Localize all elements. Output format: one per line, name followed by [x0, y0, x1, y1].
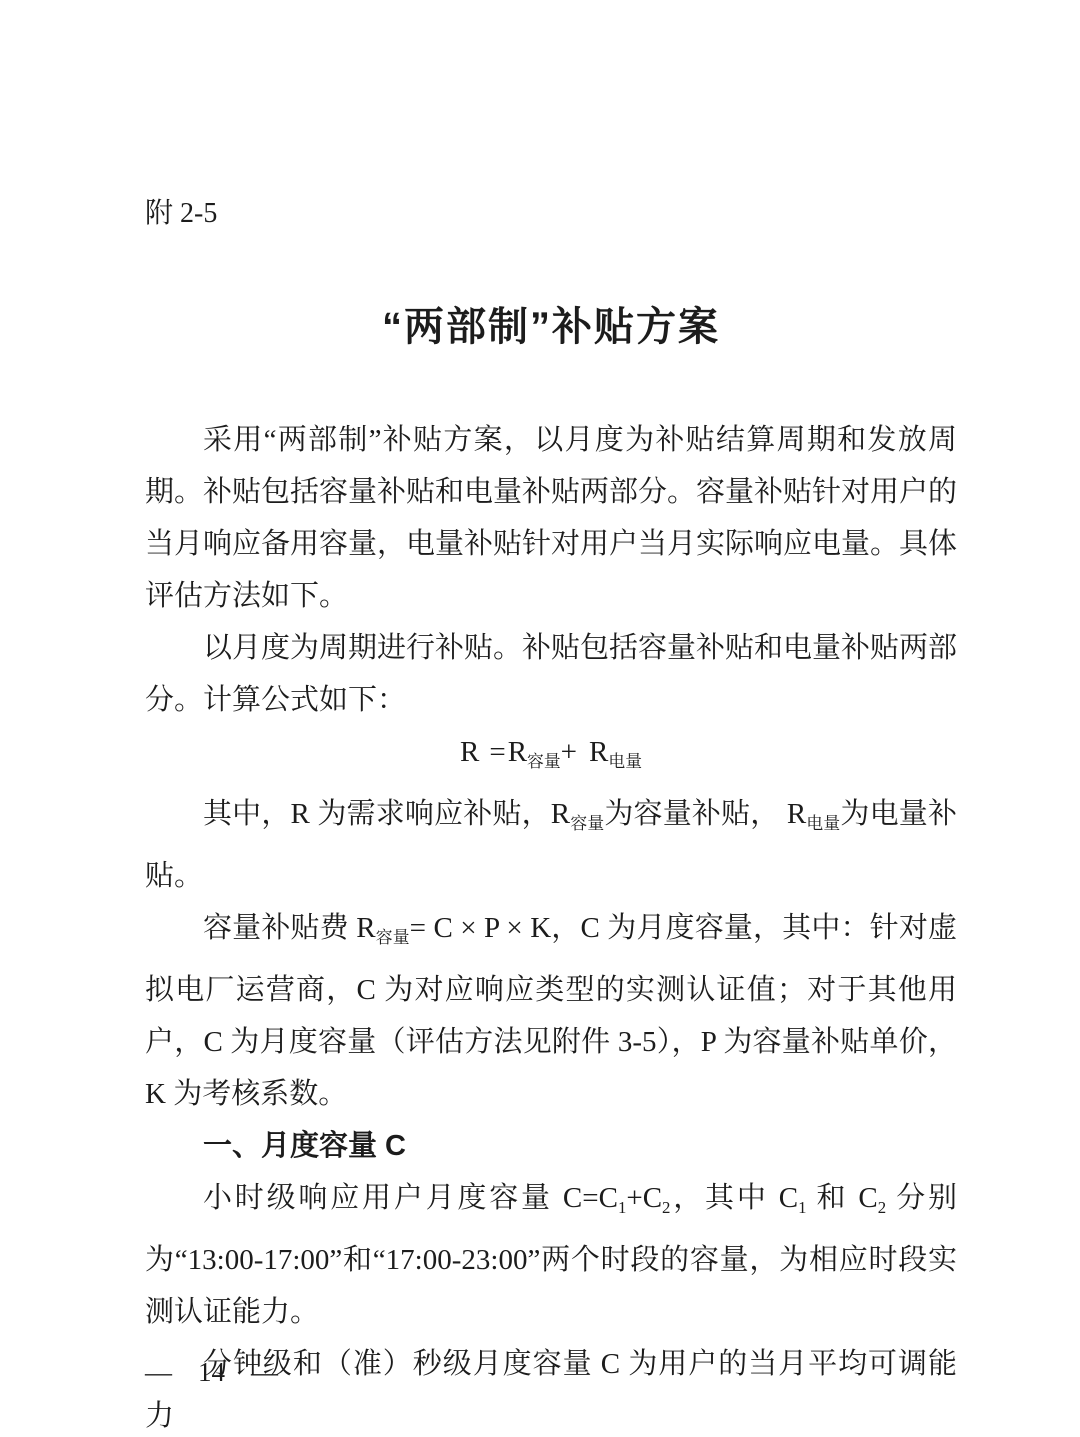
- text-segment: +C: [626, 1182, 662, 1214]
- paragraph-capacity-fee: 容量补贴费 R容量= C × P × K，C 为月度容量，其中：针对虚拟电厂运营…: [145, 902, 957, 1120]
- attachment-label: 附 2-5: [145, 194, 217, 234]
- formula-term1: R: [508, 736, 527, 768]
- paragraph-intro: 采用“两部制”补贴方案，以月度为补贴结算周期和发放周期。补贴包括容量补贴和电量补…: [145, 414, 957, 622]
- subscript-segment: 电量: [806, 814, 840, 833]
- text-segment: 容量补贴费 R: [203, 912, 376, 944]
- subscript-segment: 容量: [570, 814, 604, 833]
- section-heading-monthly-capacity: 一、月度容量 C: [145, 1120, 957, 1172]
- formula-lhs: R: [460, 736, 479, 768]
- footer-dash-left: —: [145, 1352, 172, 1392]
- page-title: “两部制”补贴方案: [145, 295, 957, 352]
- formula-operator: +: [561, 736, 577, 768]
- text-segment: 其中，R 为需求响应补贴，R: [203, 798, 570, 830]
- formula-term2: R: [589, 736, 608, 768]
- document-body: 采用“两部制”补贴方案，以月度为补贴结算周期和发放周期。补贴包括容量补贴和电量补…: [145, 414, 957, 1437]
- footer-dash-right: —: [251, 1352, 278, 1392]
- formula-equals: =: [489, 736, 505, 768]
- formula-term1-subscript: 容量: [527, 752, 561, 771]
- paragraph-period: 以月度为周期进行补贴。补贴包括容量补贴和电量补贴两部分。计算公式如下：: [145, 622, 957, 726]
- subscript-segment: 2: [878, 1198, 886, 1217]
- page-footer: — 14 —: [145, 1352, 278, 1392]
- text-segment: 小时级响应用户月度容量 C=C: [203, 1182, 618, 1214]
- document-page: 附 2-5 “两部制”补贴方案 采用“两部制”补贴方案，以月度为补贴结算周期和发…: [0, 0, 1080, 1437]
- subsidy-formula: R=R容量+R电量: [145, 726, 957, 788]
- paragraph-hourly-capacity: 小时级响应用户月度容量 C=C1+C2，其中 C1 和 C2 分别为“13:00…: [145, 1172, 957, 1338]
- text-segment: 为容量补贴， R: [604, 798, 806, 830]
- text-segment: ，其中 C: [670, 1182, 798, 1214]
- page-number: 14: [198, 1352, 225, 1392]
- paragraph-definitions: 其中，R 为需求响应补贴，R容量为容量补贴， R电量为电量补贴。: [145, 788, 957, 902]
- text-segment: 和 C: [806, 1182, 877, 1214]
- subscript-segment: 容量: [376, 928, 410, 947]
- formula-term2-subscript: 电量: [608, 752, 642, 771]
